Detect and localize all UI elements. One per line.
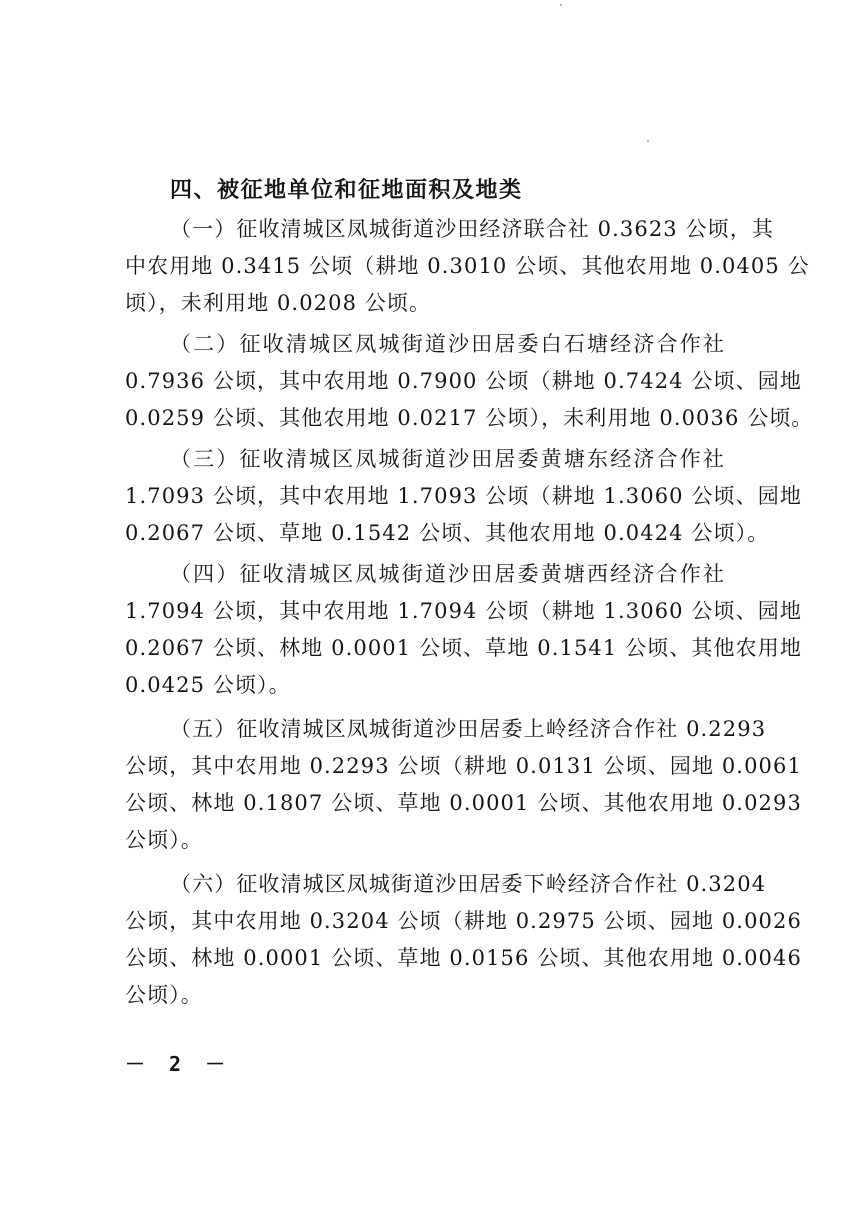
paragraph-4-line-2: 1.7094 公顷，其中农用地 1.7094 公顷（耕地 1.3060 公顷、园… — [125, 596, 725, 626]
paragraph-6-line-4: 公顷）。 — [125, 980, 725, 1010]
paragraph-5-line-2: 公顷，其中农用地 0.2293 公顷（耕地 0.0131 公顷、园地 0.006… — [125, 751, 725, 781]
scan-speck — [647, 140, 649, 142]
paragraph-5-line-4: 公顷）。 — [125, 825, 725, 855]
paragraph-6-line-1: （六）征收清城区凤城街道沙田居委下岭经济合作社 0.3204 — [170, 869, 725, 899]
paragraph-3-line-2: 1.7093 公顷，其中农用地 1.7093 公顷（耕地 1.3060 公顷、园… — [125, 481, 725, 511]
paragraph-2-line-3: 0.0259 公顷、其他农用地 0.0217 公顷），未利用地 0.0036 公… — [125, 403, 725, 433]
paragraph-1-line-2: 中农用地 0.3415 公顷（耕地 0.3010 公顷、其他农用地 0.0405… — [125, 251, 725, 281]
scan-speck — [560, 4, 562, 6]
paragraph-1-line-3: 顷），未利用地 0.0208 公顷。 — [125, 288, 725, 318]
paragraph-2-line-2: 0.7936 公顷，其中农用地 0.7900 公顷（耕地 0.7424 公顷、园… — [125, 366, 725, 396]
paragraph-6-line-3: 公顷、林地 0.0001 公顷、草地 0.0156 公顷、其他农用地 0.004… — [125, 943, 725, 973]
document-page: 四、被征地单位和征地面积及地类 （一）征收清城区凤城街道沙田经济联合社 0.36… — [0, 0, 850, 1213]
paragraph-5-line-1: （五）征收清城区凤城街道沙田居委上岭经济合作社 0.2293 — [170, 714, 725, 744]
paragraph-6-line-2: 公顷，其中农用地 0.3204 公顷（耕地 0.2975 公顷、园地 0.002… — [125, 906, 725, 936]
paragraph-4-line-3: 0.2067 公顷、林地 0.0001 公顷、草地 0.1541 公顷、其他农用… — [125, 633, 725, 663]
section-heading: 四、被征地单位和征地面积及地类 — [170, 176, 523, 206]
paragraph-2-line-1: （二）征收清城区凤城街道沙田居委白石塘经济合作社 — [170, 329, 725, 359]
page-number: － 2 － — [125, 1052, 231, 1076]
paragraph-1-line-1: （一）征收清城区凤城街道沙田经济联合社 0.3623 公顷，其 — [170, 214, 725, 244]
paragraph-4-line-4: 0.0425 公顷）。 — [125, 670, 725, 700]
paragraph-5-line-3: 公顷、林地 0.1807 公顷、草地 0.0001 公顷、其他农用地 0.029… — [125, 788, 725, 818]
paragraph-3-line-1: （三）征收清城区凤城街道沙田居委黄塘东经济合作社 — [170, 444, 725, 474]
paragraph-3-line-3: 0.2067 公顷、草地 0.1542 公顷、其他农用地 0.0424 公顷）。 — [125, 518, 725, 548]
paragraph-4-line-1: （四）征收清城区凤城街道沙田居委黄塘西经济合作社 — [170, 559, 725, 589]
